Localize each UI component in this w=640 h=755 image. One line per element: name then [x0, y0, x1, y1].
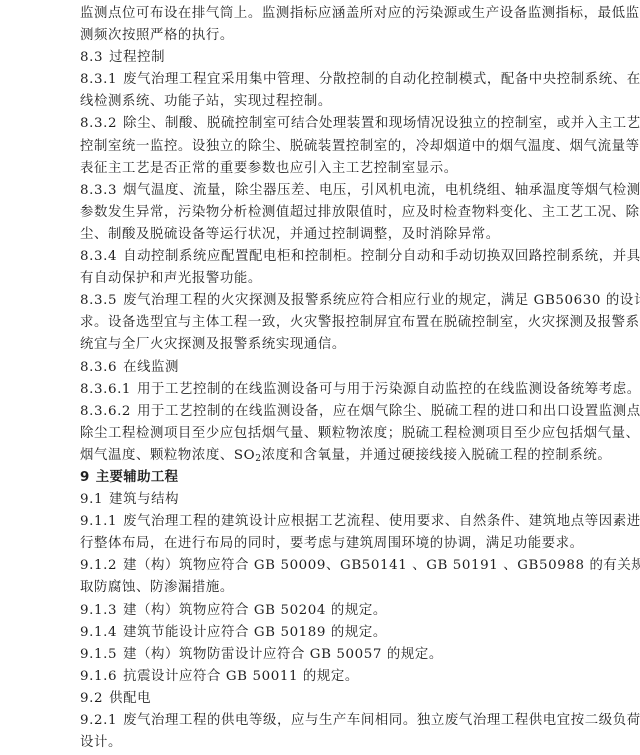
clause-number: 9.1.5 — [80, 647, 117, 662]
clause-number: 8.3.5 — [80, 293, 117, 308]
clause-8-3-6: 8.3.6在线监测 — [80, 357, 550, 379]
clause-8-3-6-2: 8.3.6.2用于工艺控制的在线监测设备，应在烟气除尘、脱硫工程的进口和出口设置… — [80, 401, 546, 423]
line-text: 除尘、制酸、脱硫控制室可结合处理装置和现场情况设独立的控制室，或并入主工艺 — [123, 116, 640, 131]
clause-9-1-1: 9.1.1废气治理工程的建筑设计应根据工艺流程、使用要求、自然条件、建筑地点等因… — [80, 511, 546, 533]
paragraph-line: 烟气温度、颗粒物浓度、SO2浓度和含氧量，并通过硬接线接入脱硫工程的控制系统。 — [80, 445, 546, 467]
line-text: 尘、制酸及脱硫设备等运行状况，并通过控制调整，及时消除异常。 — [80, 227, 500, 242]
clause-8-3-4: 8.3.4自动控制系统应配置配电柜和控制柜。控制分自动和手动切换双回路控制系统，… — [80, 246, 546, 268]
clause-number: 8.3.1 — [80, 72, 117, 87]
line-text: 建筑节能设计应符合 GB 50189 的规定。 — [123, 625, 387, 640]
chapter-title: 主要辅助工程 — [96, 470, 179, 485]
line-text: 建（构）筑物防雷设计应符合 GB 50057 的规定。 — [123, 647, 443, 662]
chapter-heading-9: 9主要辅助工程 — [80, 467, 550, 489]
clause-number: 9.1.4 — [80, 625, 117, 640]
clause-number: 8.3.6.2 — [80, 404, 131, 419]
line-text: 废气治理工程的建筑设计应根据工艺流程、使用要求、自然条件、建筑地点等因素进 — [123, 514, 640, 529]
line-text: 废气治理工程的供电等级，应与生产车间相同。独立废气治理工程供电宜按二级负荷 — [123, 713, 640, 728]
section-heading-8-3: 8.3过程控制 — [80, 47, 550, 69]
line-text: 线检测系统、功能子站，实现过程控制。 — [80, 94, 332, 109]
line-text: 废气治理工程宜采用集中管理、分散控制的自动化控制模式，配备中央控制系统、在 — [123, 72, 640, 87]
clause-number: 9.2.1 — [80, 713, 117, 728]
line-text: 浓度和含氧量，并通过硬接线接入脱硫工程的控制系统。 — [262, 448, 612, 463]
clause-number: 9.1.2 — [80, 558, 117, 573]
line-text: 设计。 — [80, 735, 122, 750]
line-text: 自动控制系统应配置配电柜和控制柜。控制分自动和手动切换双回路控制系统，并具 — [123, 249, 640, 264]
clause-9-1-2: 9.1.2建（构）筑物应符合 GB 50009、GB50141 、GB 5019… — [80, 555, 546, 577]
section-number: 9.2 — [80, 691, 103, 706]
section-title: 建筑与结构 — [109, 492, 179, 507]
section-title: 供配电 — [109, 691, 151, 706]
clause-number: 8.3.3 — [80, 183, 117, 198]
line-text: 求。设备选型宜与主体工程一致，火灾警报控制屏宜布置在脱硫控制室，火灾探测及报警系 — [80, 315, 640, 330]
clause-number: 8.3.6.1 — [80, 382, 131, 397]
clause-8-3-1: 8.3.1废气治理工程宜采用集中管理、分散控制的自动化控制模式，配备中央控制系统… — [80, 69, 546, 91]
document-page: 监测点位可布设在排气筒上。监测指标应涵盖所对应的污染源或生产设备监测指标，最低监… — [80, 3, 550, 754]
clause-8-3-6-1: 8.3.6.1用于工艺控制的在线监测设备可与用于污染源自动监控的在线监测设备统筹… — [80, 379, 546, 401]
section-number: 8.3 — [80, 50, 103, 65]
paragraph-line: 设计。 — [80, 732, 550, 754]
paragraph-line: 表征主工艺是否正常的重要参数也应引入主工艺控制室显示。 — [80, 158, 550, 180]
line-text: 烟气温度、流量，除尘器压差、电压，引风机电流，电机绕组、轴承温度等烟气检测 — [123, 183, 640, 198]
line-text: 建（构）筑物应符合 GB 50009、GB50141 、GB 50191 、GB… — [123, 558, 640, 573]
line-text: 建（构）筑物应符合 GB 50204 的规定。 — [123, 603, 387, 618]
clause-8-3-3: 8.3.3烟气温度、流量，除尘器压差、电压，引风机电流，电机绕组、轴承温度等烟气… — [80, 180, 546, 202]
clause-9-1-3: 9.1.3建（构）筑物应符合 GB 50204 的规定。 — [80, 600, 550, 622]
line-text: 取防腐蚀、防渗漏措施。 — [80, 580, 234, 595]
paragraph-line: 线检测系统、功能子站，实现过程控制。 — [80, 91, 550, 113]
paragraph-line: 尘、制酸及脱硫设备等运行状况，并通过控制调整，及时消除异常。 — [80, 224, 550, 246]
line-text: 烟气温度、颗粒物浓度、SO — [80, 448, 255, 463]
clause-9-1-4: 9.1.4建筑节能设计应符合 GB 50189 的规定。 — [80, 622, 550, 644]
line-text: 监测点位可布设在排气筒上。监测指标应涵盖所对应的污染源或生产设备监测指标，最低监 — [80, 6, 640, 21]
clause-8-3-5: 8.3.5废气治理工程的火灾探测及报警系统应符合相应行业的规定，满足 GB506… — [80, 290, 546, 312]
clause-9-2-1: 9.2.1废气治理工程的供电等级，应与生产车间相同。独立废气治理工程供电宜按二级… — [80, 710, 546, 732]
clause-number: 8.3.4 — [80, 249, 117, 264]
clause-number: 9.1.3 — [80, 603, 117, 618]
line-text: 控制室统一监控。设独立的除尘、脱硫装置控制室的，冷却烟道中的烟气温度、烟气流量等 — [80, 139, 640, 154]
paragraph-line: 取防腐蚀、防渗漏措施。 — [80, 577, 550, 599]
paragraph-line: 有自动保护和声光报警功能。 — [80, 268, 550, 290]
chapter-number: 9 — [80, 470, 90, 485]
clause-9-1-6: 9.1.6抗震设计应符合 GB 50011 的规定。 — [80, 666, 550, 688]
section-heading-9-2: 9.2供配电 — [80, 688, 550, 710]
line-text: 抗震设计应符合 GB 50011 的规定。 — [123, 669, 359, 684]
line-text: 除尘工程检测项目至少应包括烟气量、颗粒物浓度；脱硫工程检测项目至少应包括烟气量、 — [80, 426, 640, 441]
section-heading-9-1: 9.1建筑与结构 — [80, 489, 550, 511]
line-text: 统宜与全厂火灾探测及报警系统实现通信。 — [80, 337, 346, 352]
paragraph-line: 求。设备选型宜与主体工程一致，火灾警报控制屏宜布置在脱硫控制室，火灾探测及报警系 — [80, 312, 546, 334]
paragraph-line: 统宜与全厂火灾探测及报警系统实现通信。 — [80, 334, 550, 356]
line-text: 参数发生异常，污染物分析检测值超过排放限值时，应及时检查物料变化、主工艺工况、除 — [80, 205, 640, 220]
clause-number: 9.1.1 — [80, 514, 117, 529]
clause-9-1-5: 9.1.5建（构）筑物防雷设计应符合 GB 50057 的规定。 — [80, 644, 550, 666]
paragraph-line: 测频次按照严格的执行。 — [80, 25, 550, 47]
paragraph-line: 除尘工程检测项目至少应包括烟气量、颗粒物浓度；脱硫工程检测项目至少应包括烟气量、 — [80, 423, 546, 445]
line-text: 用于工艺控制的在线监测设备可与用于污染源自动监控的在线监测设备统筹考虑。 — [137, 382, 640, 397]
line-text: 有自动保护和声光报警功能。 — [80, 271, 262, 286]
clause-8-3-2: 8.3.2除尘、制酸、脱硫控制室可结合处理装置和现场情况设独立的控制室，或并入主… — [80, 113, 546, 135]
line-text: 用于工艺控制的在线监测设备，应在烟气除尘、脱硫工程的进口和出口设置监测点。 — [137, 404, 640, 419]
clause-number: 8.3.2 — [80, 116, 117, 131]
clause-number: 9.1.6 — [80, 669, 117, 684]
section-title: 过程控制 — [109, 50, 165, 65]
line-text: 测频次按照严格的执行。 — [80, 28, 234, 43]
line-text: 表征主工艺是否正常的重要参数也应引入主工艺控制室显示。 — [80, 161, 458, 176]
paragraph-line: 控制室统一监控。设独立的除尘、脱硫装置控制室的，冷却烟道中的烟气温度、烟气流量等 — [80, 136, 546, 158]
section-number: 9.1 — [80, 492, 103, 507]
paragraph-line: 行整体布局，在进行布局的同时，要考虑与建筑周围环境的协调，满足功能要求。 — [80, 533, 550, 555]
clause-title: 在线监测 — [123, 360, 179, 375]
paragraph-line: 参数发生异常，污染物分析检测值超过排放限值时，应及时检查物料变化、主工艺工况、除 — [80, 202, 546, 224]
line-text: 废气治理工程的火灾探测及报警系统应符合相应行业的规定，满足 GB50630 的设… — [123, 293, 640, 308]
line-text: 行整体布局，在进行布局的同时，要考虑与建筑周围环境的协调，满足功能要求。 — [80, 536, 584, 551]
paragraph-line: 监测点位可布设在排气筒上。监测指标应涵盖所对应的污染源或生产设备监测指标，最低监 — [80, 3, 546, 25]
clause-number: 8.3.6 — [80, 360, 117, 375]
